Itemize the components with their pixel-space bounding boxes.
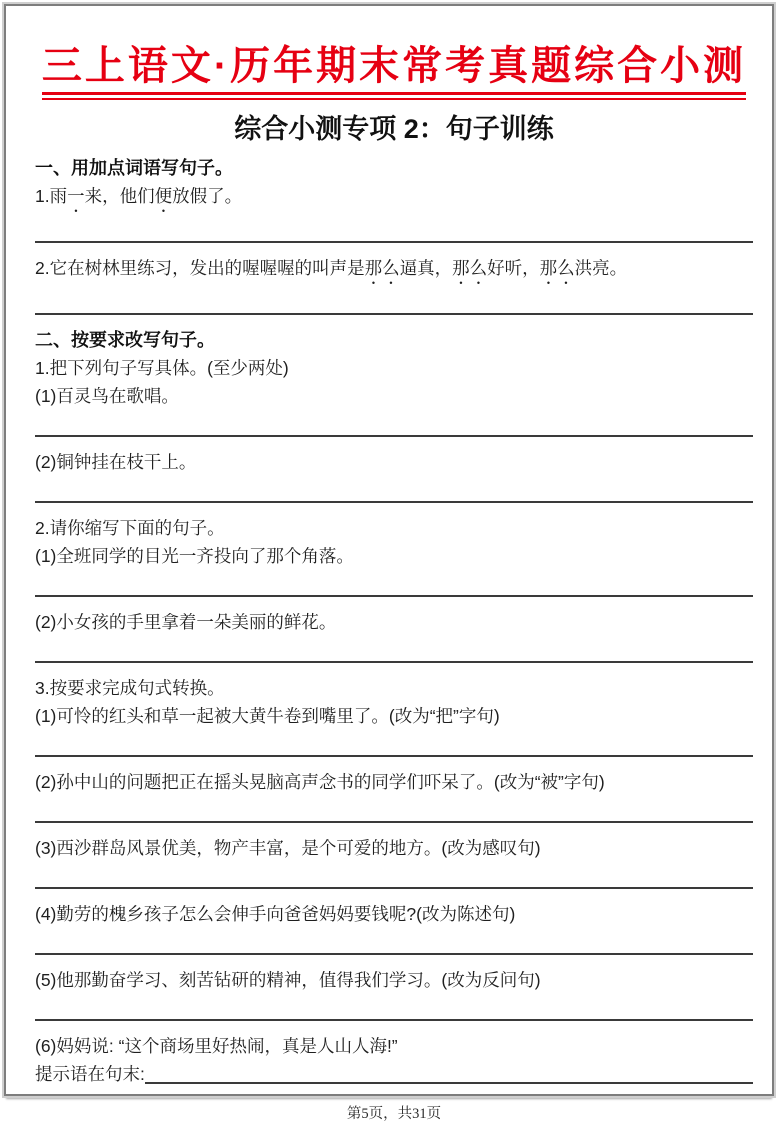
title-inner: 三上语文·历年期末常考真题综合小测: [42, 42, 746, 100]
answer-blank-line: [35, 595, 753, 597]
question-line: (1)全班同学的目光一齐投向了那个角落。: [35, 542, 753, 570]
question-line: (1)百灵鸟在歌唱。: [35, 382, 753, 410]
question-line: (2)小女孩的手里拿着一朵美丽的鲜花。: [35, 608, 753, 636]
question-text: (1)百灵鸟在歌唱。: [35, 386, 179, 406]
question-text: 洪亮。: [575, 258, 628, 278]
question-line: (5)他那勤奋学习、刻苦钻研的精神，值得我们学习。(改为反问句): [35, 966, 753, 994]
worksheet-title: 三上语文·历年期末常考真题综合小测: [42, 42, 746, 90]
question-text: (2)小女孩的手里拿着一朵美丽的鲜花。: [35, 612, 336, 632]
question-text: 3.按要求完成句式转换。: [35, 678, 225, 698]
worksheet-page: 三上语文·历年期末常考真题综合小测 综合小测专项 2：句子训练 一、用加点词语写…: [0, 0, 780, 1103]
question-text: (4)勤劳的槐乡孩子怎么会伸手向爸爸妈妈要钱呢?(改为陈述句): [35, 904, 515, 924]
section-2: 二、按要求改写句子。1.把下列句子写具体。(至少两处)(1)百灵鸟在歌唱。(2)…: [35, 326, 753, 1088]
question-line: (2)铜钟挂在枝干上。: [35, 448, 753, 476]
question-line: 2.请你缩写下面的句子。: [35, 514, 753, 542]
answer-blank-line: [35, 501, 753, 503]
question-text: (2)铜钟挂在枝干上。: [35, 452, 196, 472]
question-text: 放假了。: [172, 186, 242, 206]
answer-blank-line: [35, 435, 753, 437]
question-line: 1.把下列句子写具体。(至少两处): [35, 354, 753, 382]
answer-blank-line: [35, 887, 753, 889]
question-line: 1.雨一来，他们便放假了。: [35, 182, 753, 216]
question-text: 提示语在句末:: [35, 1060, 145, 1088]
section-heading: 二、按要求改写句子。: [35, 326, 753, 354]
question-text: 1.把下列句子写具体。(至少两处): [35, 358, 289, 378]
answer-blank-line: [35, 953, 753, 955]
question-text: (1)全班同学的目光一齐投向了那个角落。: [35, 546, 354, 566]
question-line: (6)妈妈说: “这个商场里好热闹，真是人山人海!”: [35, 1032, 753, 1060]
emphasized-text: 一: [67, 186, 85, 206]
question-line: (4)勤劳的槐乡孩子怎么会伸手向爸爸妈妈要钱呢?(改为陈述句): [35, 900, 753, 928]
question-text: 来，他们: [85, 186, 155, 206]
answer-blank-line: [35, 241, 753, 243]
answer-blank-line: [35, 661, 753, 663]
question-line: (1)可怜的红头和草一起被大黄牛卷到嘴里了。(改为“把”字句): [35, 702, 753, 730]
emphasized-text: 那么: [452, 258, 487, 278]
answer-blank-line: [35, 313, 753, 315]
question-line: (2)孙中山的问题把正在摇头晃脑高声念书的同学们吓呆了。(改为“被”字句): [35, 768, 753, 796]
section-heading: 一、用加点词语写句子。: [35, 154, 753, 182]
section-1: 一、用加点词语写句子。1.雨一来，他们便放假了。2.它在树林里练习，发出的喔喔喔…: [35, 154, 753, 315]
question-text: (1)可怜的红头和草一起被大黄牛卷到嘴里了。(改为“把”字句): [35, 706, 500, 726]
question-line: 2.它在树林里练习，发出的喔喔喔的叫声是那么逼真，那么好听，那么洪亮。: [35, 254, 753, 288]
emphasized-text: 那么: [365, 258, 400, 278]
question-text: 2.请你缩写下面的句子。: [35, 518, 225, 538]
question-text: 逼真，: [400, 258, 453, 278]
page-subtitle: 综合小测专项 2：句子训练: [35, 113, 753, 145]
emphasized-text: 那么: [540, 258, 575, 278]
title-block: 三上语文·历年期末常考真题综合小测: [35, 42, 753, 100]
inline-answer-blank: [145, 1082, 753, 1084]
question-text: 好听，: [487, 258, 540, 278]
question-text: 2.它在树林里练习，发出的喔喔喔的叫声是: [35, 258, 365, 278]
question-text: (5)他那勤奋学习、刻苦钻研的精神，值得我们学习。(改为反问句): [35, 970, 541, 990]
question-line: 提示语在句末:: [35, 1060, 753, 1088]
question-text: (3)西沙群岛风景优美，物产丰富，是个可爱的地方。(改为感叹句): [35, 838, 541, 858]
answer-blank-line: [35, 821, 753, 823]
question-text: (2)孙中山的问题把正在摇头晃脑高声念书的同学们吓呆了。(改为“被”字句): [35, 772, 605, 792]
question-line: 3.按要求完成句式转换。: [35, 674, 753, 702]
question-line: (3)西沙群岛风景优美，物产丰富，是个可爱的地方。(改为感叹句): [35, 834, 753, 862]
question-text: 1.雨: [35, 186, 67, 206]
emphasized-text: 便: [155, 186, 173, 206]
answer-blank-line: [35, 755, 753, 757]
question-text: (6)妈妈说: “这个商场里好热闹，真是人山人海!”: [35, 1036, 398, 1056]
answer-blank-line: [35, 1019, 753, 1021]
sections: 一、用加点词语写句子。1.雨一来，他们便放假了。2.它在树林里练习，发出的喔喔喔…: [35, 154, 753, 1088]
title-underline: [42, 92, 746, 100]
